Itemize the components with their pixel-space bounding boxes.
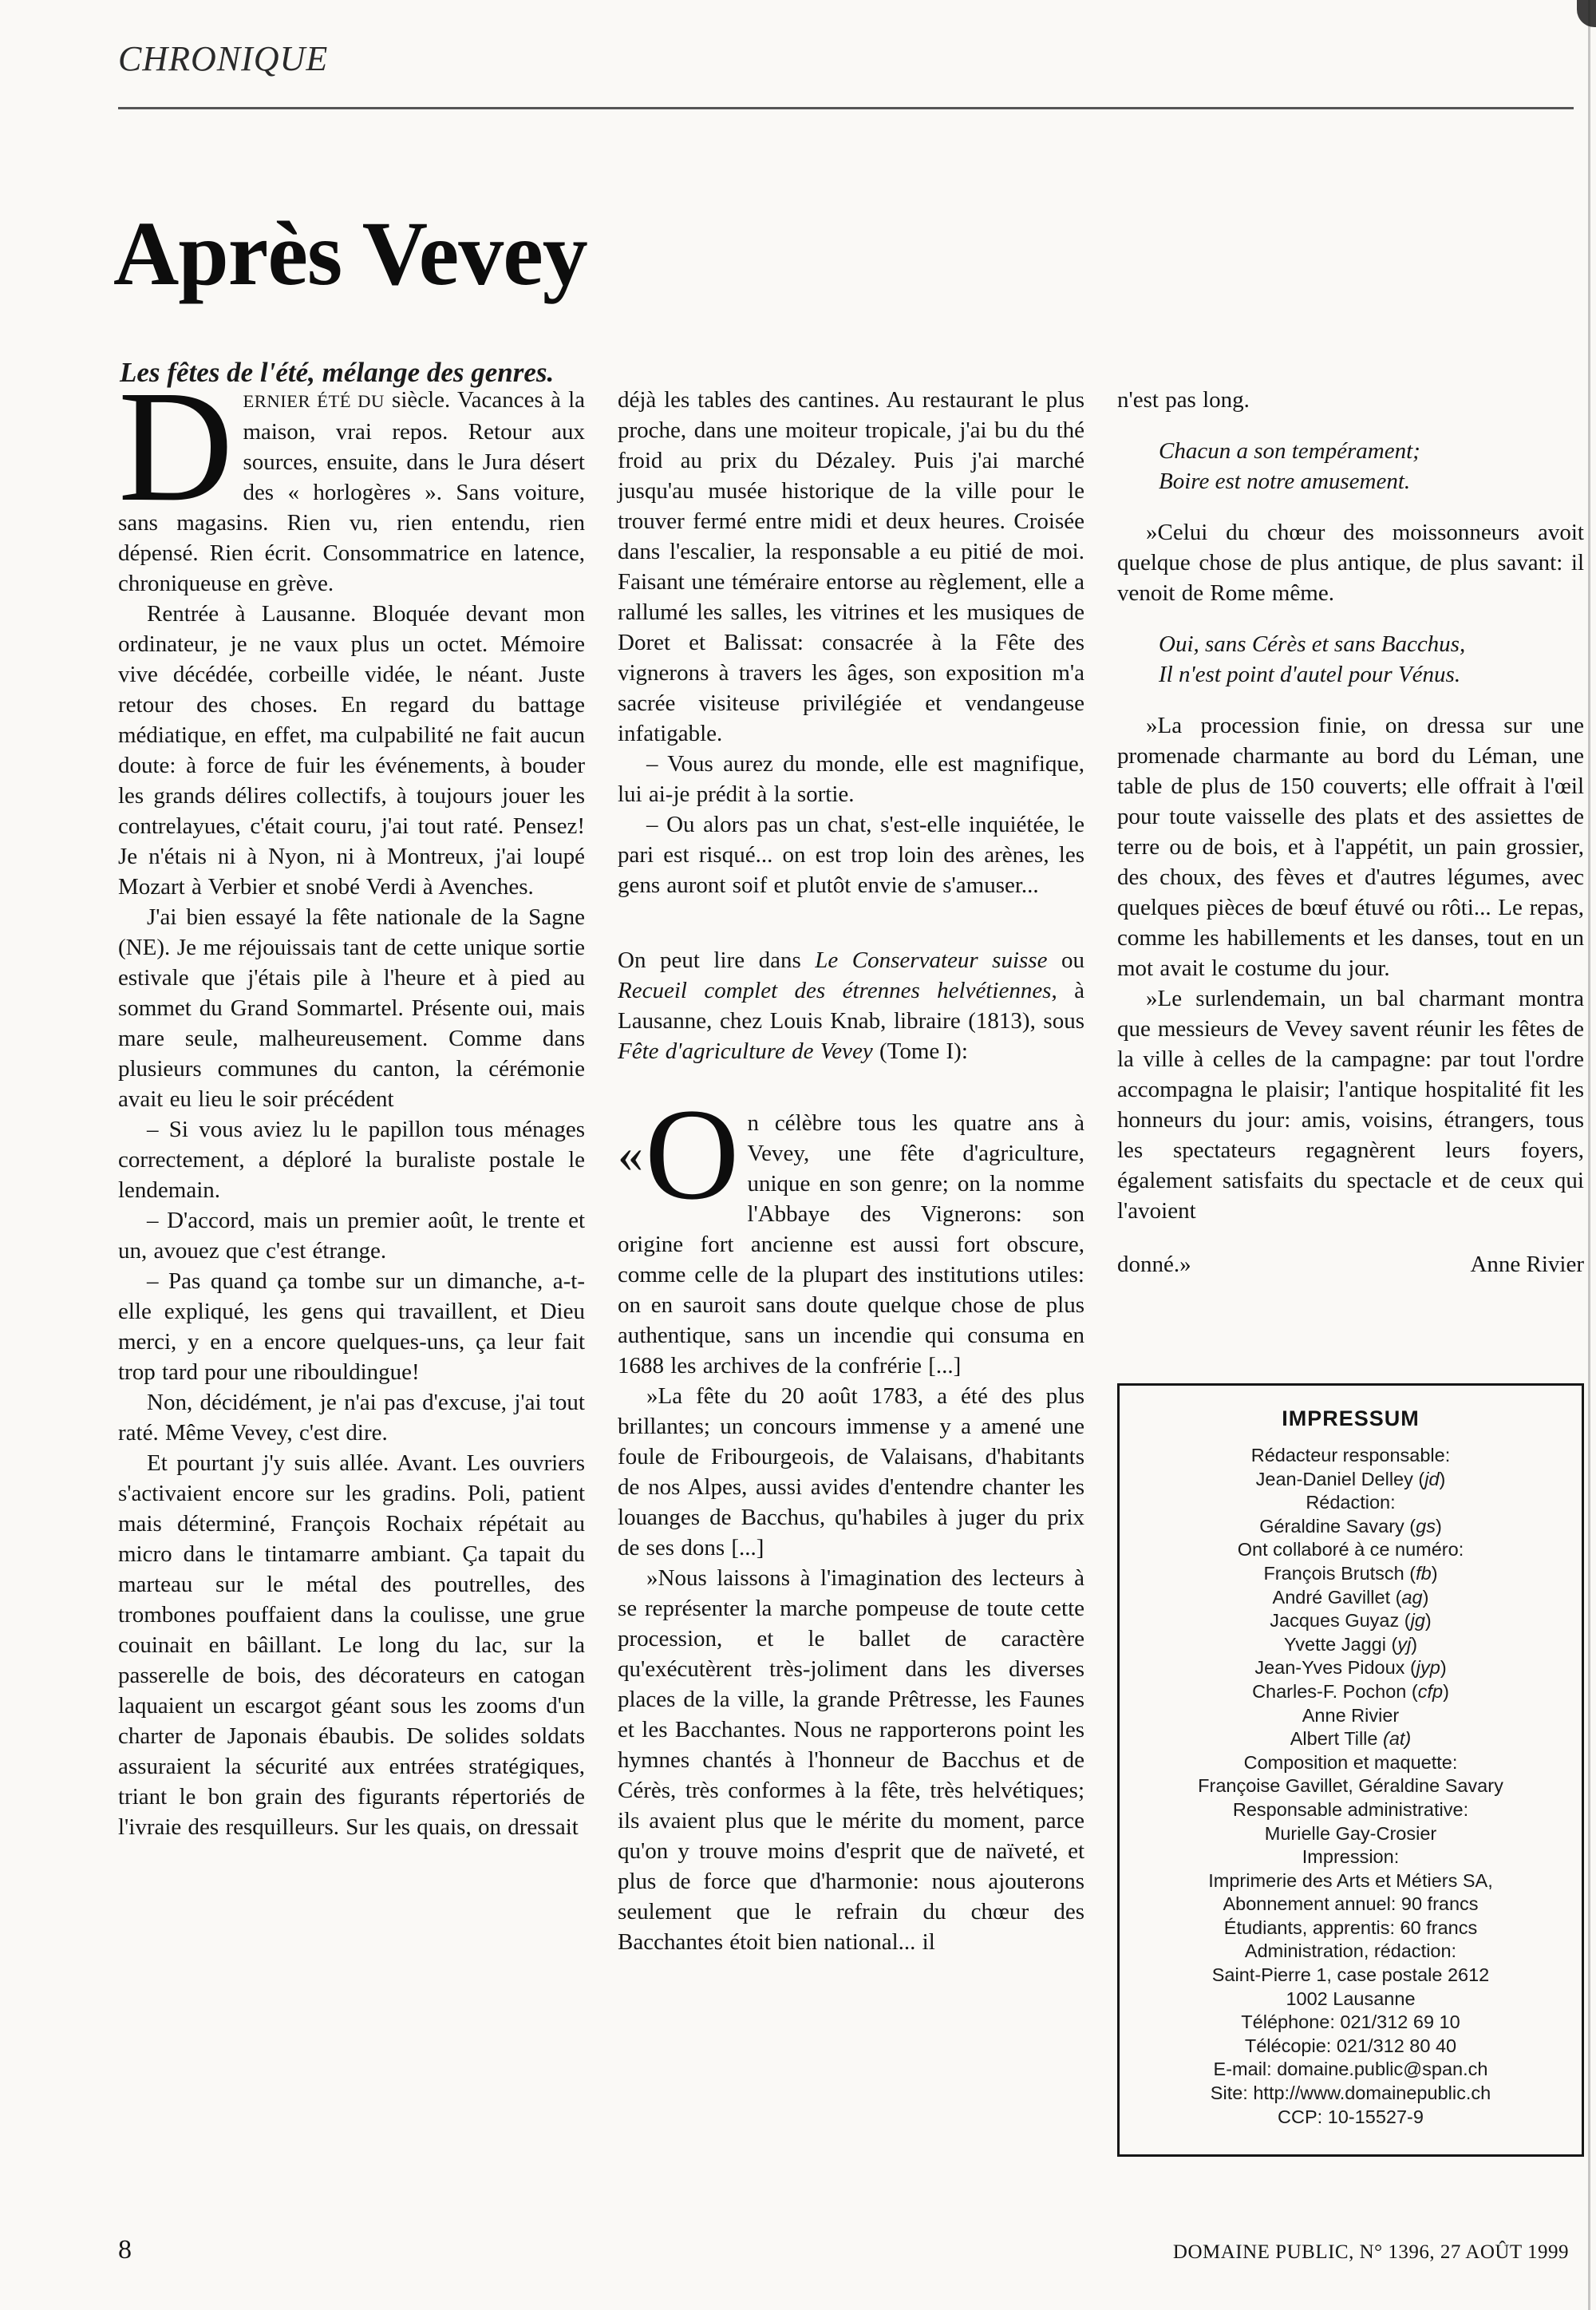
paragraph: »Celui du chœur des moissonneurs avoit q… [1117,517,1584,608]
column-2: déjà les tables des cantines. Au restaur… [618,385,1084,2157]
paragraph: Rentrée à Lausanne. Bloquée devant mon o… [118,599,585,902]
impressum-line: Abonnement annuel: 90 francs [1129,1893,1572,1916]
impressum-line: Jean-Yves Pidoux (jyp) [1129,1656,1572,1680]
impressum-line: E-mail: domaine.public@span.ch [1129,2058,1572,2082]
impressum-line: Anne Rivier [1129,1704,1572,1728]
impressum-line: Charles-F. Pochon (cfp) [1129,1680,1572,1704]
paragraph: »Nous laissons à l'imagination des lecte… [618,1563,1084,1957]
impressum-line: Saint-Pierre 1, case postale 2612 [1129,1964,1572,1988]
quote-opening-paragraph: «On célèbre tous les quatre ans à Vevey,… [618,1108,1084,1381]
article-title: Après Vevey [113,201,587,307]
drop-cap: D [118,386,233,508]
impressum-line: Yvette Jaggi (yj) [1129,1633,1572,1657]
issue-line: DOMAINE PUBLIC, N° 1396, 27 AOÛT 1999 [1173,2241,1569,2264]
impressum-line: André Gavillet (ag) [1129,1586,1572,1610]
impressum-title: IMPRESSUM [1129,1406,1572,1431]
impressum-line: 1002 Lausanne [1129,1988,1572,2011]
continuation-paragraph: n'est pas long. [1117,385,1584,415]
impressum-line: Rédacteur responsable: [1129,1444,1572,1468]
impressum-line: Françoise Gavillet, Géraldine Savary [1129,1774,1572,1798]
impressum-line: François Brutsch (fb) [1129,1562,1572,1586]
paragraph: – Vous aurez du monde, elle est magnifiq… [618,749,1084,809]
scan-edge-artifact [1588,0,1590,2310]
paragraph: »La procession finie, on dressa sur une … [1117,710,1584,983]
scan-corner-artifact [1577,0,1596,27]
page-footer: 8 DOMAINE PUBLIC, N° 1396, 27 AOÛT 1999 [118,2235,1569,2265]
paragraph: Et pourtant j'y suis allée. Avant. Les o… [118,1448,585,1842]
column-1: DERNIER ÉTÉ DU siècle. Vacances à la mai… [118,385,585,2157]
paragraph: – D'accord, mais un premier août, le tre… [118,1205,585,1266]
impressum-line: Télécopie: 021/312 80 40 [1129,2035,1572,2059]
impressum-line: CCP: 10-15527-9 [1129,2106,1572,2130]
section-label: CHRONIQUE [118,38,328,79]
small-caps-opener: ERNIER ÉTÉ DU [243,391,384,411]
impressum-line: Étudiants, apprentis: 60 francs [1129,1916,1572,1940]
impressum-line: Impression: [1129,1845,1572,1869]
header-rule [118,107,1574,109]
impressum-line: Jacques Guyaz (jg) [1129,1609,1572,1633]
paragraph: – Pas quand ça tombe sur un dimanche, a-… [118,1266,585,1387]
impressum-line: Murielle Gay-Crosier [1129,1822,1572,1846]
article-columns: DERNIER ÉTÉ DU siècle. Vacances à la mai… [118,385,1584,2157]
paragraph: – Ou alors pas un chat, s'est-elle inqui… [618,809,1084,900]
newspaper-page: CHRONIQUE Après Vevey Les fêtes de l'été… [0,0,1596,2310]
column-3: n'est pas long.Chacun a son tempérament;… [1117,385,1584,2157]
impressum-line: Ont collaboré à ce numéro: [1129,1538,1572,1562]
impressum-line: Téléphone: 021/312 69 10 [1129,2011,1572,2035]
paragraph: J'ai bien essayé la fête nationale de la… [118,902,585,1114]
lead-paragraph: DERNIER ÉTÉ DU siècle. Vacances à la mai… [118,385,585,599]
signature-line: donné.»Anne Rivier [1117,1249,1584,1280]
page-number: 8 [118,2235,132,2265]
author-signature: Anne Rivier [1470,1249,1584,1280]
impressum-box: IMPRESSUM Rédacteur responsable:Jean-Dan… [1117,1383,1584,2157]
opening-guillemet: « [618,1140,640,1170]
verse: Oui, sans Cérès et sans Bacchus,Il n'est… [1159,629,1584,690]
impressum-line: Imprimerie des Arts et Métiers SA, [1129,1869,1572,1893]
impressum-lines: Rédacteur responsable:Jean-Daniel Delley… [1129,1444,1572,2129]
impressum-line: Composition et maquette: [1129,1751,1572,1775]
paragraph: – Si vous aviez lu le papillon tous ména… [118,1114,585,1205]
verse: Chacun a son tempérament;Boire est notre… [1159,436,1584,496]
impressum-line: Albert Tille (at) [1129,1727,1572,1751]
impressum-line: Site: http://www.domainepublic.ch [1129,2082,1572,2106]
impressum-line: Géraldine Savary (gs) [1129,1515,1572,1539]
impressum-line: Rédaction: [1129,1491,1572,1515]
impressum-line: Responsable administrative: [1129,1798,1572,1822]
editorial-note: On peut lire dans Le Conservateur suisse… [618,945,1084,1066]
drop-cap: O [645,1110,739,1200]
paragraph: »Le surlendemain, un bal charmant montra… [1117,983,1584,1226]
impressum-line: Jean-Daniel Delley (jd) [1129,1468,1572,1492]
paragraph: »La fête du 20 août 1783, a été des plus… [618,1381,1084,1563]
impressum-line: Administration, rédaction: [1129,1940,1572,1964]
paragraph: Non, décidément, je n'ai pas d'excuse, j… [118,1387,585,1448]
continuation-paragraph: déjà les tables des cantines. Au restaur… [618,385,1084,749]
